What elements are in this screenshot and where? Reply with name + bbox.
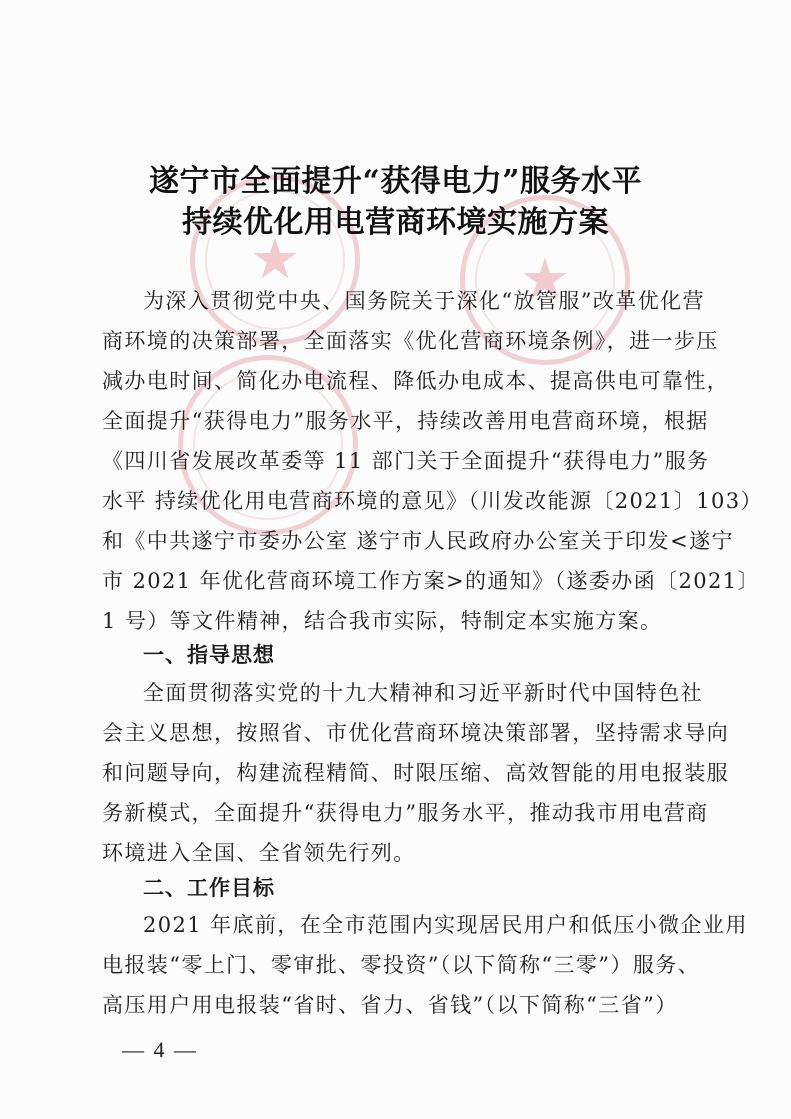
section-line: 高压用户用电报装“省时、省力、省钱”（以下简称“三省”） [102, 990, 692, 1020]
page-number: — 4 — [122, 1037, 198, 1063]
section-line: 和问题导向，构建流程精简、时限压缩、高效智能的用电报装服 [102, 758, 692, 788]
intro-line: 水平 持续优化用电营商环境的意见》（川发改能源〔2021〕103） [102, 486, 692, 516]
section-line: 2021 年底前，在全市范围内实现居民用户和低压小微企业用 [143, 910, 693, 940]
document-page: ★ ★ 遂宁市全面提升“获得电力”服务水平 持续优化用电营商环境实施方案 为深入… [0, 0, 791, 1119]
intro-line: 和《中共遂宁市委办公室 遂宁市人民政府办公室关于印发<遂宁 [102, 526, 692, 556]
intro-line: 商环境的决策部署，全面落实《优化营商环境条例》，进一步压 [102, 326, 692, 356]
section-line: 电报装“零上门、零审批、零投资”（以下简称“三零”）服务、 [102, 950, 692, 980]
section-line: 务新模式，全面提升“获得电力”服务水平，推动我市用电营商 [102, 798, 692, 828]
document-title-line-2: 持续优化用电营商环境实施方案 [0, 203, 791, 243]
intro-line: 减办电时间、简化办电流程、降低办电成本、提高供电可靠性， [102, 366, 692, 396]
section-line: 会主义思想，按照省、市优化营商环境决策部署，坚持需求导向 [102, 718, 692, 748]
section-heading-guiding-ideology: 一、指导思想 [143, 640, 275, 670]
intro-line: 全面提升“获得电力”服务水平，持续改善用电营商环境，根据 [102, 406, 692, 436]
intro-line: 为深入贯彻党中央、国务院关于深化“放管服”改革优化营 [143, 286, 693, 316]
intro-line: 1 号）等文件精神，结合我市实际，特制定本实施方案。 [102, 606, 692, 636]
intro-line: 市 2021 年优化营商环境工作方案>的通知》（遂委办函〔2021〕 [102, 566, 692, 596]
section-line: 全面贯彻落实党的十九大精神和习近平新时代中国特色社 [143, 678, 693, 708]
section-heading-work-goals: 二、工作目标 [143, 873, 275, 903]
document-title-line-1: 遂宁市全面提升“获得电力”服务水平 [0, 162, 791, 202]
intro-line: 《四川省发展改革委等 11 部门关于全面提升“获得电力”服务 [102, 446, 692, 476]
section-line: 环境进入全国、全省领先行列。 [102, 838, 692, 868]
